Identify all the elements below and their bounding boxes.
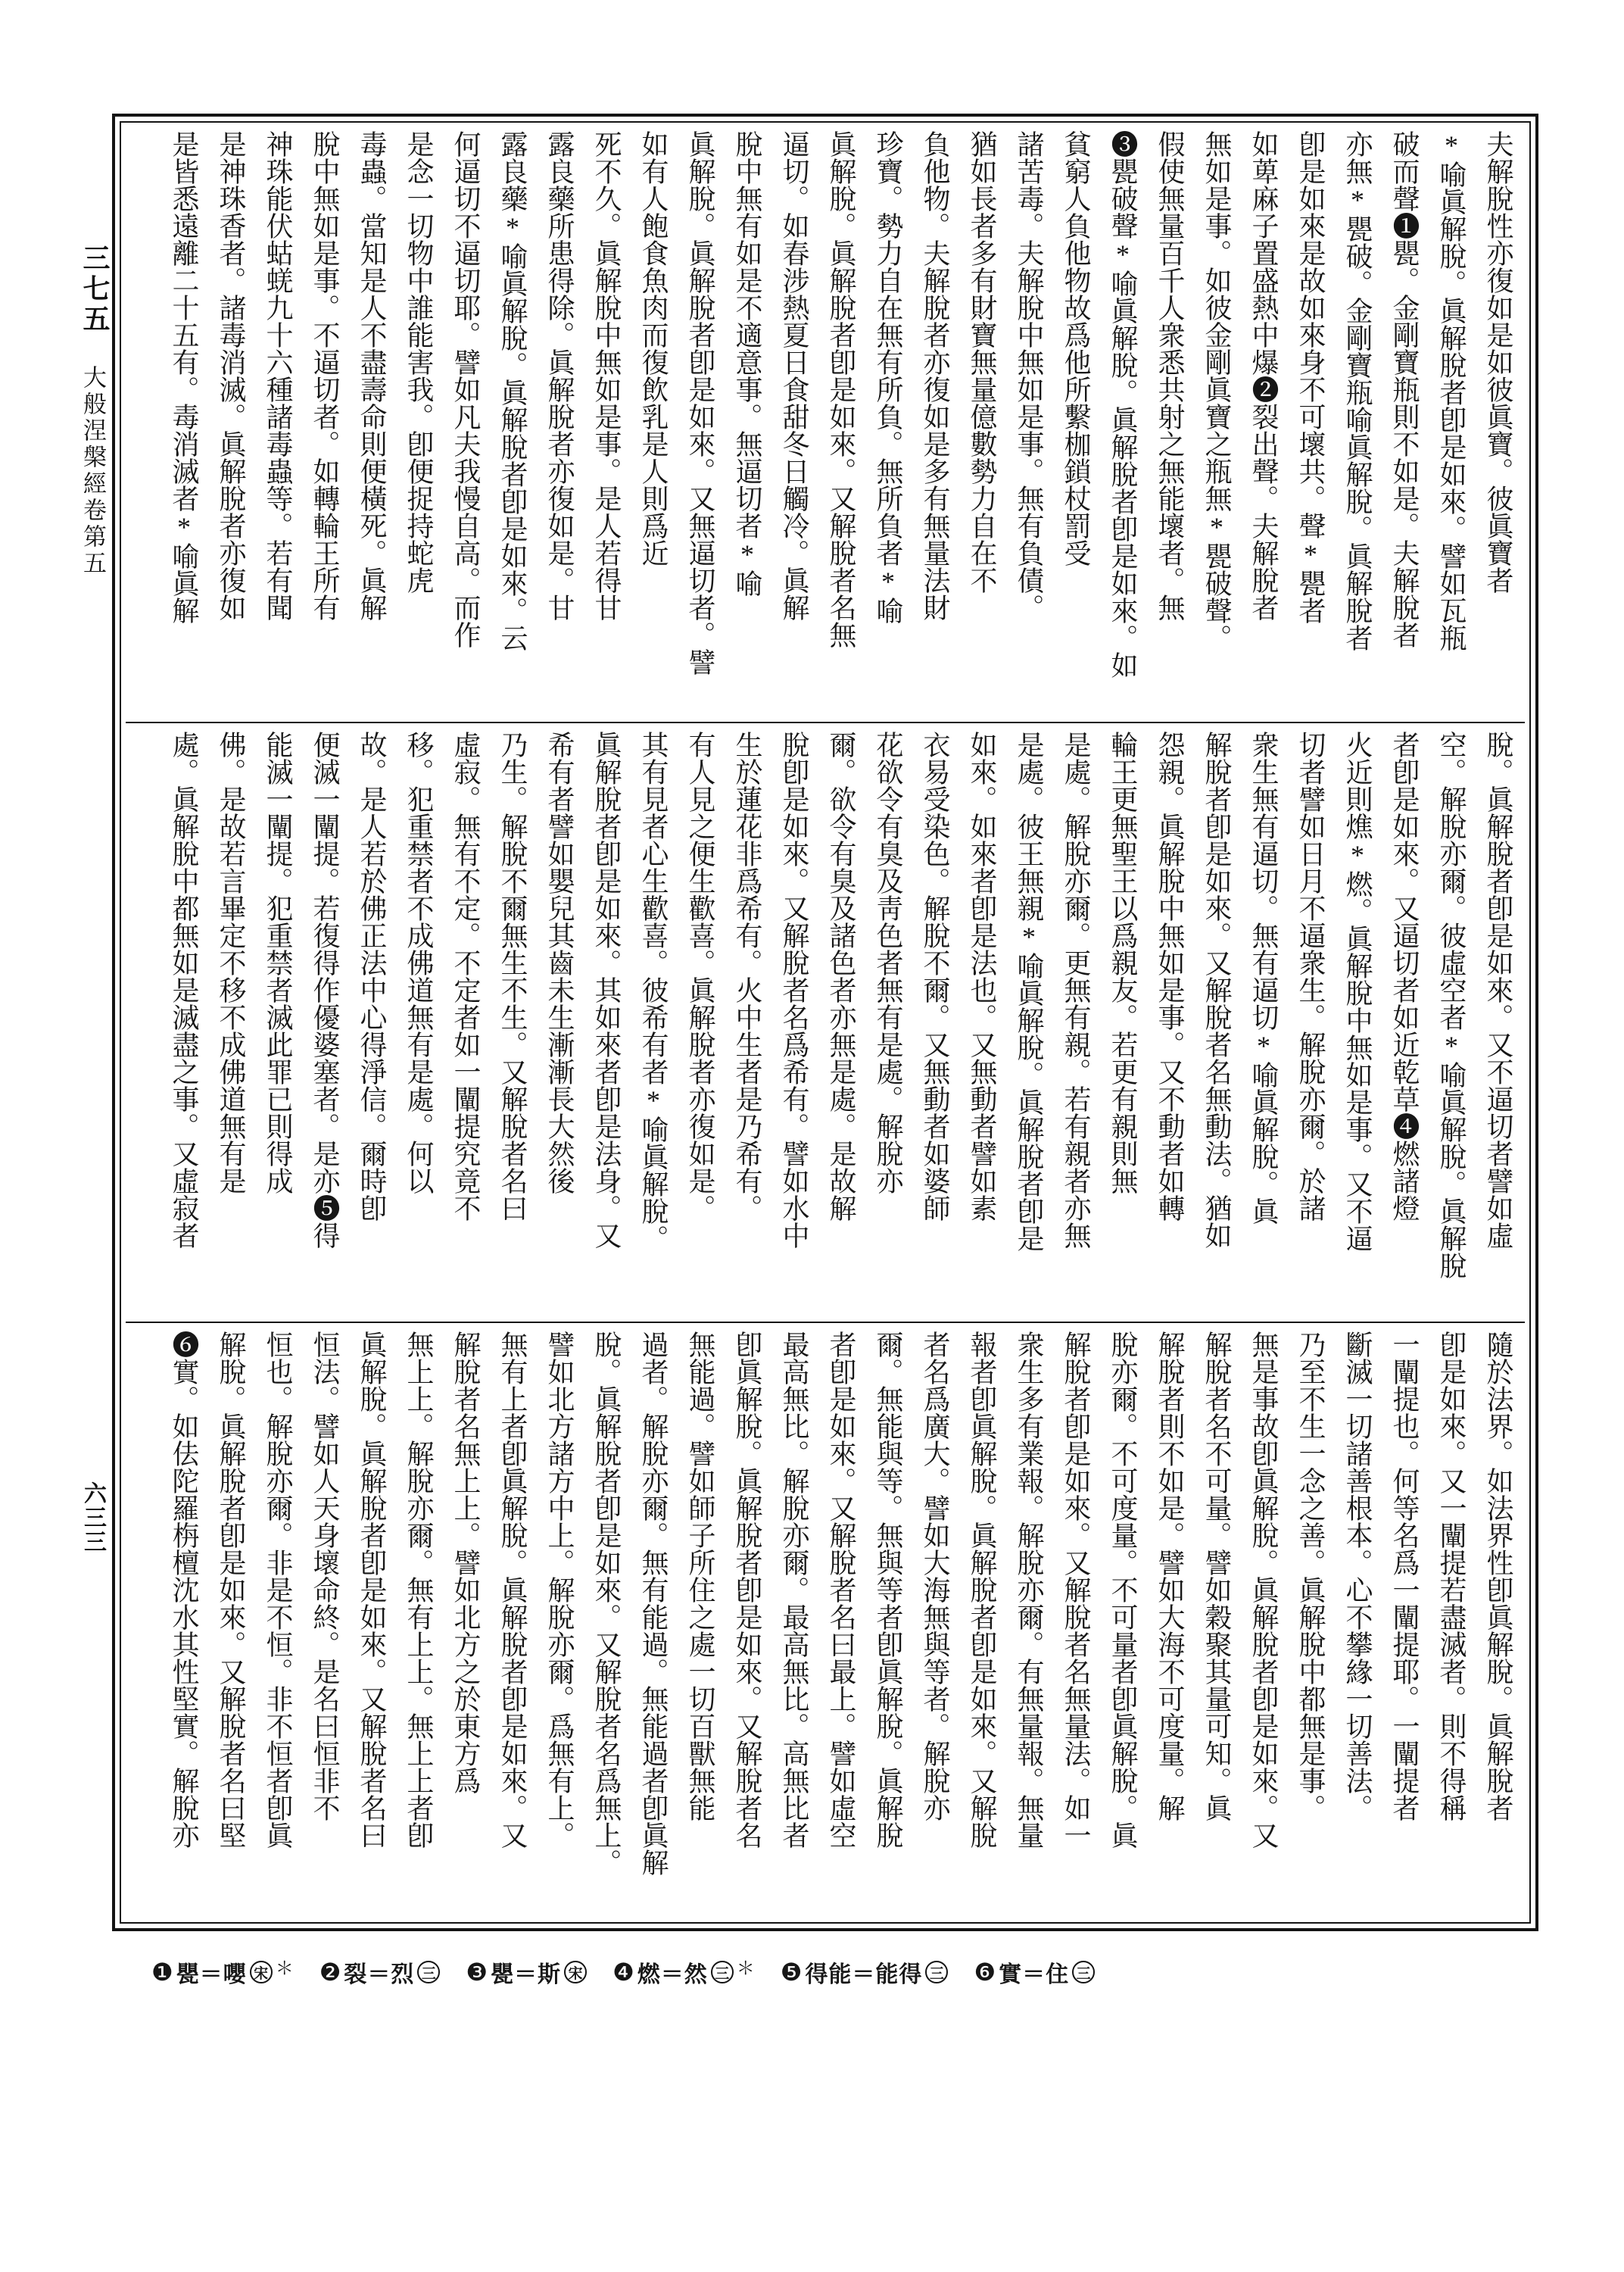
text-column: 解脫者名不可量。譬如穀聚其量可知。眞 xyxy=(1193,1331,1240,1915)
text-column: 過者。解脫亦爾。無有能過。無能過者卽眞解 xyxy=(630,1331,677,1915)
text-column: 如萆麻子置盛熱中爆❷裂出聲。夫解脫者 xyxy=(1240,130,1287,714)
text-column: 譬如北方諸方中上。解脫亦爾。爲無有上。 xyxy=(536,1331,583,1915)
text-column: 故。是人若於佛正法中心得淨信。爾時卽 xyxy=(348,731,395,1315)
footnote-text: 得能＝能得 xyxy=(805,1955,922,1989)
text-column: 者名爲廣大。譬如大海無與等者。解脫亦 xyxy=(912,1331,959,1915)
text-column: 是處。解脫亦爾。更無有親。若有親者亦無 xyxy=(1052,731,1099,1315)
footnote-bar: ❶甖＝嚶宋＊❷裂＝烈三❸甖＝斯宋❹燃＝然三＊❺得能＝能得三❻實＝住三 xyxy=(151,1955,1476,1989)
text-band-middle: 脫。眞解脫者卽是如來。又不逼切者譬如虛空。解脫亦爾。彼虛空者*喻眞解脫。眞解脫者… xyxy=(121,723,1529,1322)
footnote-marker-icon: ❺ xyxy=(781,1958,803,1986)
text-column: 是處。彼王無親*喻眞解脫。眞解脫者卽是 xyxy=(1005,731,1052,1315)
text-band-bottom: 隨於法界。如法界性卽眞解脫。眞解脫者卽是如來。又一闡提若盡滅者。則不得稱一闡提也… xyxy=(121,1323,1529,1922)
footnote-text: 甖＝嚶 xyxy=(176,1955,247,1989)
text-column: 一闡提也。何等名爲一闡提耶。一闡提者 xyxy=(1381,1331,1428,1915)
text-column: 卽是如來。又一闡提若盡滅者。則不得稱 xyxy=(1428,1331,1475,1915)
text-column: 如有人飽食魚肉而復飲乳是人則爲近 xyxy=(630,130,677,714)
text-column: 解脫。眞解脫者卽是如來。又解脫者名曰堅 xyxy=(207,1331,254,1915)
edition-mark-icon: 宋 xyxy=(250,1961,273,1983)
text-column: 切者譬如日月不逼衆生。解脫亦爾。於諸 xyxy=(1287,731,1334,1315)
text-column: 衆生無有逼切。無有逼切*喻眞解脫。眞 xyxy=(1240,731,1287,1315)
footnote-text: 實＝住 xyxy=(999,1955,1069,1989)
text-column: 諸苦毒。夫解脫中無如是事。無有負債。 xyxy=(1005,130,1052,714)
footnote-marker-icon: ❶ xyxy=(151,1958,173,1986)
edition-mark-icon: 三 xyxy=(417,1961,440,1983)
edition-mark-icon: 三 xyxy=(925,1961,948,1983)
text-column: 脫。眞解脫者卽是如來。又解脫者名爲無上。 xyxy=(583,1331,630,1915)
footnote-marker-icon: ❻ xyxy=(974,1958,996,1986)
text-column: 卽眞解脫。眞解脫者卽是如來。又解脫者名 xyxy=(724,1331,771,1915)
scanned-sutra-page: { "page": { "margin_left": { "sheet_numb… xyxy=(0,0,1624,2272)
text-column: 亦無*甖破。金剛寶瓶喻眞解脫。眞解脫者 xyxy=(1334,130,1381,714)
text-column: 能滅一闡提。犯重禁者滅此罪已則得成 xyxy=(254,731,301,1315)
text-column: ❻實。如佉陀羅栴檀沈水其性堅實。解脫亦 xyxy=(161,1331,207,1915)
text-column: 解脫者名無上上。譬如北方之於東方爲 xyxy=(442,1331,489,1915)
text-column: 怨親。眞解脫中無如是事。又不動者如轉 xyxy=(1146,731,1193,1315)
text-column: 處。眞解脫中都無如是滅盡之事。又虛寂者 xyxy=(161,731,207,1315)
text-column: 衆生多有業報。解脫亦爾。有無量報。無量 xyxy=(1005,1331,1052,1915)
text-column: 眞解脫。眞解脫者卽是如來。又解脫者名曰 xyxy=(348,1331,395,1915)
text-column: 脫卽是如來。又解脫者名爲希有。譬如水中 xyxy=(771,731,818,1315)
text-column: 貧窮人負他物故爲他所繫枷鎖杖罰受 xyxy=(1052,130,1099,714)
text-column: 脫亦爾。不可度量。不可量者卽眞解脫。眞 xyxy=(1099,1331,1146,1915)
text-column: 報者卽眞解脫。眞解脫者卽是如來。又解脫 xyxy=(959,1331,1005,1915)
text-column: 最高無比。解脫亦爾。最高無比。高無比者 xyxy=(771,1331,818,1915)
text-column: 脫。眞解脫者卽是如來。又不逼切者譬如虛 xyxy=(1475,731,1522,1315)
text-column: 眞解脫。眞解脫者卽是如來。又無逼切者。譬 xyxy=(677,130,724,714)
text-column: 逼切。如春涉熱夏日食甜冬日觸冷。眞解 xyxy=(771,130,818,714)
text-column: ❸甖破聲*喻眞解脫。眞解脫者卽是如來。如 xyxy=(1099,130,1146,714)
text-column: 乃生。解脫不爾無生不生。又解脫者名曰 xyxy=(489,731,536,1315)
text-column: 是神珠香者。諸毒消滅。眞解脫者亦復如 xyxy=(207,130,254,714)
text-column: 神珠能伏蛄蜣九十六種諸毒蟲等。若有聞 xyxy=(254,130,301,714)
text-column: 空。解脫亦爾。彼虛空者*喻眞解脫。眞解脫 xyxy=(1428,731,1475,1315)
text-column: 如來。如來者卽是法也。又無動者譬如素 xyxy=(959,731,1005,1315)
text-column: 解脫者則不如是。譬如大海不可度量。解 xyxy=(1146,1331,1193,1915)
edition-mark-icon: 三 xyxy=(1072,1961,1095,1983)
footnote-star-icon: ＊ xyxy=(737,1953,755,1980)
footnote-item: ❶甖＝嚶宋＊ xyxy=(151,1955,294,1989)
footnote-item: ❺得能＝能得三 xyxy=(781,1955,949,1989)
footnote-item: ❻實＝住三 xyxy=(974,1955,1095,1989)
text-column: 解脫者卽是如來。又解脫者名無動法。猶如 xyxy=(1193,731,1240,1315)
text-column: 者卽是如來。又解脫者名曰最上。譬如虛空 xyxy=(818,1331,865,1915)
text-column: 有人見之便生歡喜。眞解脫者亦復如是。 xyxy=(677,731,724,1315)
text-column: 猶如長者多有財寶無量億數勢力自在不 xyxy=(959,130,1005,714)
text-column: 脫中無有如是不適意事。無逼切者*喻 xyxy=(724,130,771,714)
text-column: 脫中無如是事。不逼切者。如轉輪王所有 xyxy=(301,130,348,714)
text-column: 佛。是故若言畢定不移不成佛道無有是 xyxy=(207,731,254,1315)
text-column: 死不久。眞解脫中無如是事。是人若得甘 xyxy=(583,130,630,714)
text-column: 珍寶。勢力自在無有所負。無所負者*喻 xyxy=(865,130,912,714)
text-column: 毒蟲。當知是人不盡壽命則便橫死。眞解 xyxy=(348,130,395,714)
text-column: 移。犯重禁者不成佛道無有是處。何以 xyxy=(395,731,442,1315)
text-column: 斷滅一切諸善根本。心不攀緣一切善法。 xyxy=(1334,1331,1381,1915)
text-column: 其有見者心生歡喜。彼希有者*喻眞解脫。 xyxy=(630,731,677,1315)
text-column: 生於蓮花非爲希有。火中生者是乃希有。 xyxy=(724,731,771,1315)
footnote-text: 裂＝烈 xyxy=(344,1955,414,1989)
text-column: 是念一切物中誰能害我。卽便捉持蛇虎 xyxy=(395,130,442,714)
text-column: *喻眞解脫。眞解脫者卽是如來。譬如瓦瓶 xyxy=(1428,130,1475,714)
text-column: 花欲令有臭及靑色者無有是處。解脫亦 xyxy=(865,731,912,1315)
text-column: 夫解脫性亦復如是如彼眞寶。彼眞寶者 xyxy=(1475,130,1522,714)
edition-mark-icon: 宋 xyxy=(564,1961,587,1983)
text-column: 露良藥*喻眞解脫。眞解脫者卽是如來。云 xyxy=(489,130,536,714)
text-column: 隨於法界。如法界性卽眞解脫。眞解脫者 xyxy=(1475,1331,1522,1915)
footnote-text: 燃＝然 xyxy=(637,1955,708,1989)
text-column: 火近則燋*燃。眞解脫中無如是事。又不逼 xyxy=(1334,731,1381,1315)
text-column: 便滅一闡提。若復得作優婆塞者。是亦❺得 xyxy=(301,731,348,1315)
text-column: 恒也。解脫亦爾。非是不恒。非不恒者卽眞 xyxy=(254,1331,301,1915)
text-column: 無有上者卽眞解脫。眞解脫者卽是如來。又 xyxy=(489,1331,536,1915)
text-column: 露良藥所患得除。眞解脫者亦復如是。甘 xyxy=(536,130,583,714)
text-column: 恒法。譬如人天身壞命終。是名曰恒非不 xyxy=(301,1331,348,1915)
page-number: 六三三 xyxy=(76,1481,109,1554)
text-column: 乃至不生一念之善。眞解脫中都無是事。 xyxy=(1287,1331,1334,1915)
text-column: 眞解脫者卽是如來。其如來者卽是法身。又 xyxy=(583,731,630,1315)
text-column: 無如是事。如彼金剛眞寶之瓶無*甖破聲。 xyxy=(1193,130,1240,714)
text-column: 爾。無能與等。無與等者卽眞解脫。眞解脫 xyxy=(865,1331,912,1915)
footnote-item: ❹燃＝然三＊ xyxy=(613,1955,755,1989)
footnote-text: 甖＝斯 xyxy=(491,1955,561,1989)
text-column: 無是事故卽眞解脫。眞解脫者卽是如來。又 xyxy=(1240,1331,1287,1915)
edition-mark-icon: 三 xyxy=(711,1961,734,1983)
text-column: 希有者譬如嬰兒其齒未生漸漸長大然後 xyxy=(536,731,583,1315)
text-column: 負他物。夫解脫者亦復如是多有無量法財 xyxy=(912,130,959,714)
text-column: 眞解脫。眞解脫者卽是如來。又解脫者名無 xyxy=(818,130,865,714)
text-column: 無上上。解脫亦爾。無有上上。無上上者卽 xyxy=(395,1331,442,1915)
page-frame: 夫解脫性亦復如是如彼眞寶。彼眞寶者*喻眞解脫。眞解脫者卽是如來。譬如瓦瓶破而聲❶… xyxy=(112,114,1538,1931)
footnote-marker-icon: ❸ xyxy=(466,1958,488,1986)
volume-title: 大般涅槃經卷第五 xyxy=(76,365,110,577)
footnote-item: ❷裂＝烈三 xyxy=(320,1955,441,1989)
footnote-marker-icon: ❷ xyxy=(320,1958,341,1986)
text-column: 爾。欲令有臭及諸色者亦無是處。是故解 xyxy=(818,731,865,1315)
sheet-number: 三七五 xyxy=(76,244,114,335)
frame-inner-border: 夫解脫性亦復如是如彼眞寶。彼眞寶者*喻眞解脫。眞解脫者卽是如來。譬如瓦瓶破而聲❶… xyxy=(120,121,1531,1924)
text-column: 無能過。譬如師子所住之處一切百獸無能 xyxy=(677,1331,724,1915)
text-column: 是皆悉遠離二十五有。毒消滅者*喻眞解 xyxy=(161,130,207,714)
text-column: 輪王更無聖王以爲親友。若更有親則無 xyxy=(1099,731,1146,1315)
text-band-top: 夫解脫性亦復如是如彼眞寶。彼眞寶者*喻眞解脫。眞解脫者卽是如來。譬如瓦瓶破而聲❶… xyxy=(121,123,1529,722)
text-column: 假使無量百千人衆悉共射之無能壞者。無 xyxy=(1146,130,1193,714)
text-column: 虛寂。無有不定。不定者如一闡提究竟不 xyxy=(442,731,489,1315)
footnote-star-icon: ＊ xyxy=(276,1953,294,1980)
text-column: 解脫者卽是如來。又解脫者名無量法。如一 xyxy=(1052,1331,1099,1915)
text-column: 何逼切不逼切耶。譬如凡夫我慢自高。而作 xyxy=(442,130,489,714)
text-column: 衣易受染色。解脫不爾。又無動者如婆師 xyxy=(912,731,959,1315)
footnote-marker-icon: ❹ xyxy=(613,1958,634,1986)
text-column: 卽是如來是故如來身不可壞共。聲*甖者 xyxy=(1287,130,1334,714)
text-column: 破而聲❶甖。金剛寶瓶則不如是。夫解脫者 xyxy=(1381,130,1428,714)
footnote-item: ❸甖＝斯宋 xyxy=(466,1955,587,1989)
text-column: 者卽是如來。又逼切者如近乾草❹燃諸燈 xyxy=(1381,731,1428,1315)
